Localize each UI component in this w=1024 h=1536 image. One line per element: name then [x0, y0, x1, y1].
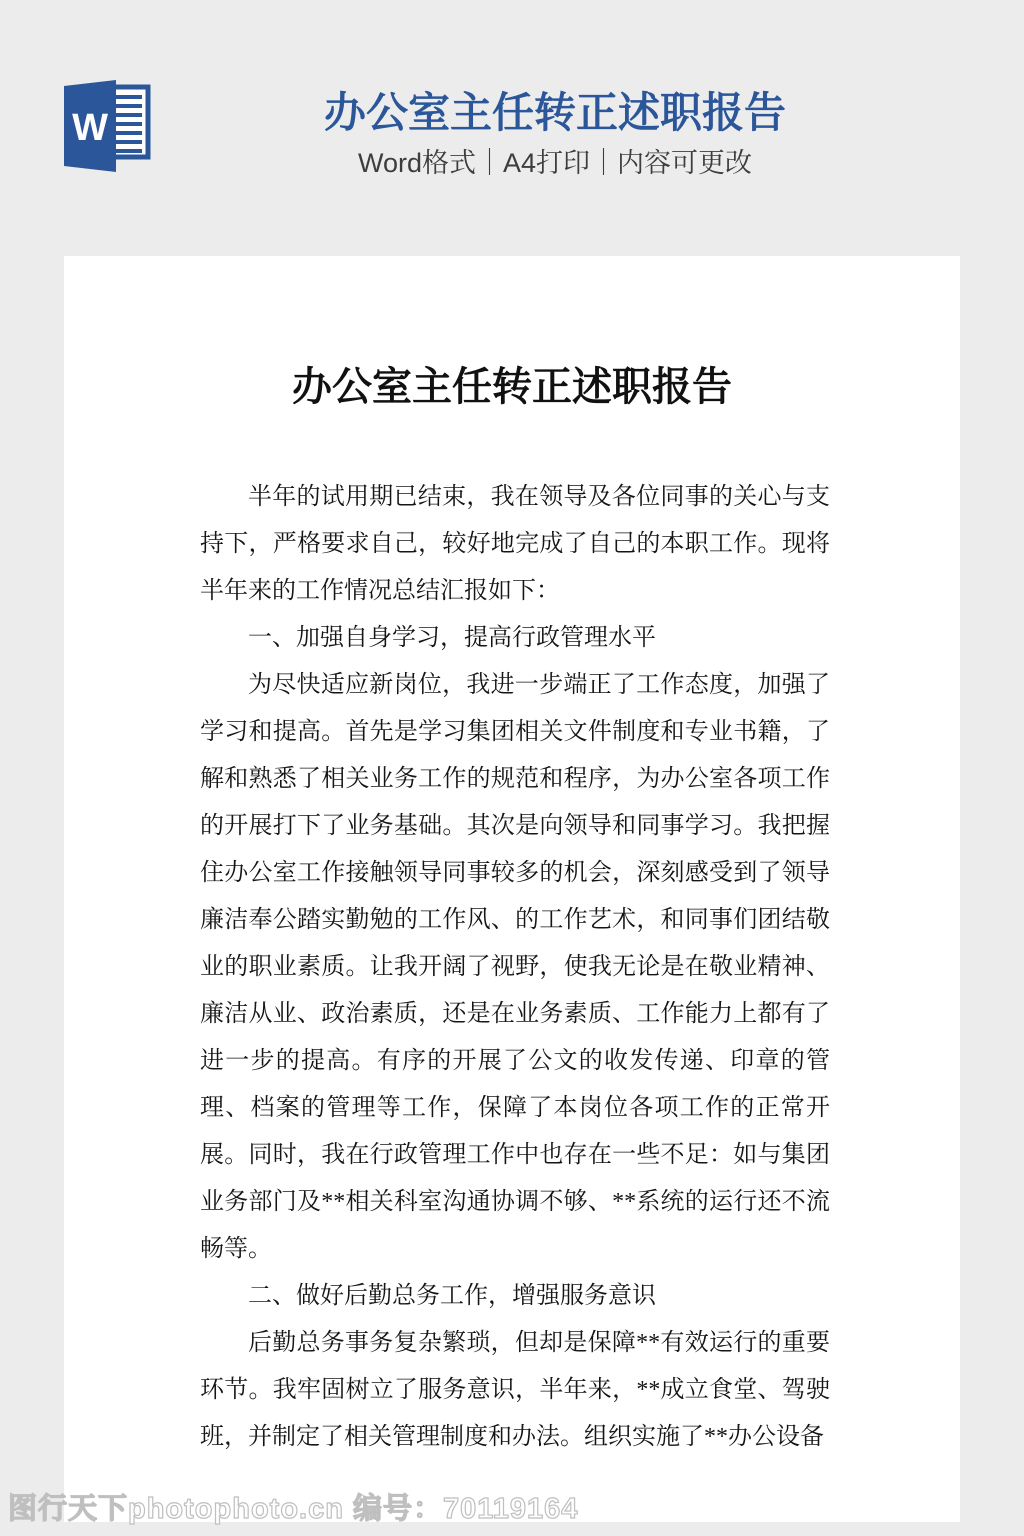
document-title: 办公室主任转正述职报告	[64, 256, 960, 414]
document-body: 半年的试用期已结束，我在领导及各位同事的关心与支持下，严格要求自己，较好地完成了…	[64, 414, 960, 1461]
header-subtitle: Word格式｜A4打印｜内容可更改	[150, 147, 960, 179]
section-heading-1: 一、加强自身学习，提高行政管理水平	[200, 615, 830, 662]
site-watermark: 图行天下photophoto.cn 编号：70119164	[8, 1486, 578, 1527]
paragraph-intro: 半年的试用期已结束，我在领导及各位同事的关心与支持下，严格要求自己，较好地完成了…	[200, 474, 830, 615]
template-preview-canvas: W 办公室主任转正述职报告 Word格式｜A4打印｜内容可更改 办公室主任转正述…	[0, 0, 1024, 1536]
word-icon: W	[62, 78, 152, 174]
paragraph-section-2: 后勤总务事务复杂繁琐，但却是保障**有效运行的重要环节。我牢固树立了服务意识，半…	[200, 1320, 830, 1461]
word-icon-letter: W	[72, 107, 108, 149]
paragraph-section-1: 为尽快适应新岗位，我进一步端正了工作态度，加强了学习和提高。首先是学习集团相关文…	[200, 662, 830, 1273]
section-heading-2: 二、做好后勤总务工作，增强服务意识	[200, 1273, 830, 1320]
header: W 办公室主任转正述职报告 Word格式｜A4打印｜内容可更改	[0, 0, 1024, 256]
header-title: 办公室主任转正述职报告	[150, 86, 960, 141]
word-icon-sheet-lines	[114, 97, 142, 151]
header-text-block: 办公室主任转正述职报告 Word格式｜A4打印｜内容可更改	[150, 86, 960, 179]
document-page: 办公室主任转正述职报告 半年的试用期已结束，我在领导及各位同事的关心与支持下，严…	[64, 256, 960, 1522]
